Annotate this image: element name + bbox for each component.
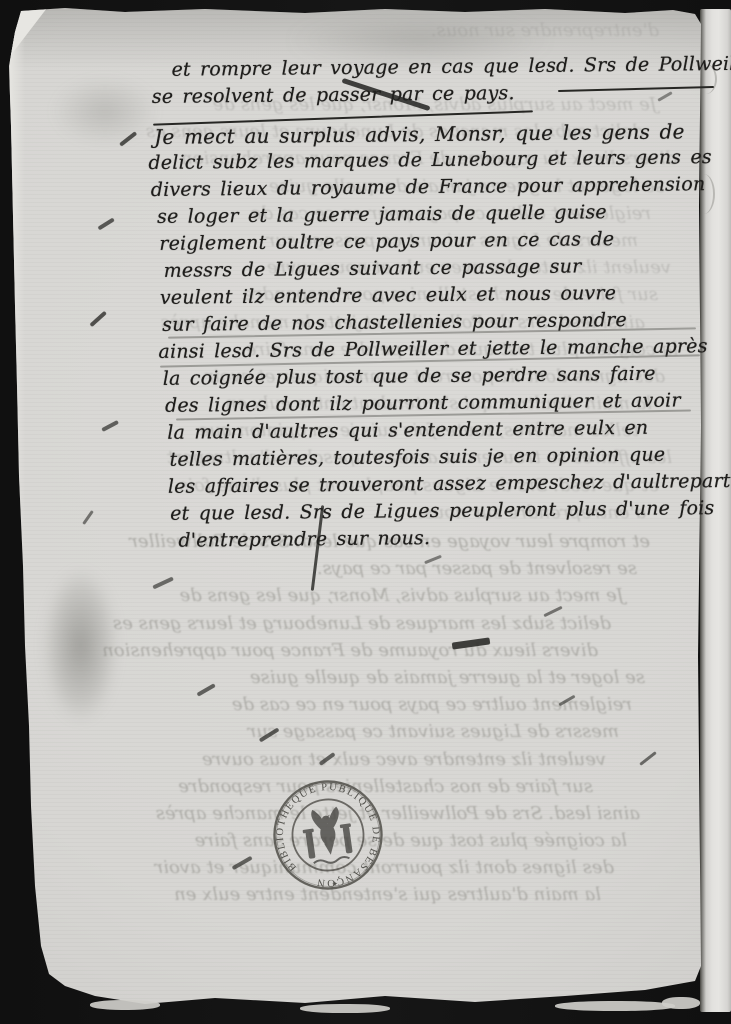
- torn-paper-chip: [300, 1004, 390, 1013]
- library-stamp: BIBLIOTHEQUE PUBLIQUE DE BESANÇON ✦: [262, 769, 393, 900]
- deckle-edge: [5, 24, 25, 989]
- torn-paper-chip: [555, 1001, 675, 1011]
- paper-stain: [33, 548, 128, 743]
- manuscript-photograph: d'entreprendre sur nous. Je mect au surp…: [0, 0, 731, 1024]
- handwritten-text-block: et rompre leur voyage en cas que lesd. S…: [147, 53, 718, 557]
- manuscript-line: d'entreprendre sur nous.: [178, 524, 718, 557]
- manuscript-line: se resolvent de passer par ce pays.: [152, 80, 714, 113]
- torn-paper-chip: [90, 1000, 160, 1010]
- stamp-ornament: ✦: [331, 879, 339, 889]
- torn-paper-chip: [662, 997, 700, 1009]
- besancon-eagle-emblem: [300, 805, 356, 866]
